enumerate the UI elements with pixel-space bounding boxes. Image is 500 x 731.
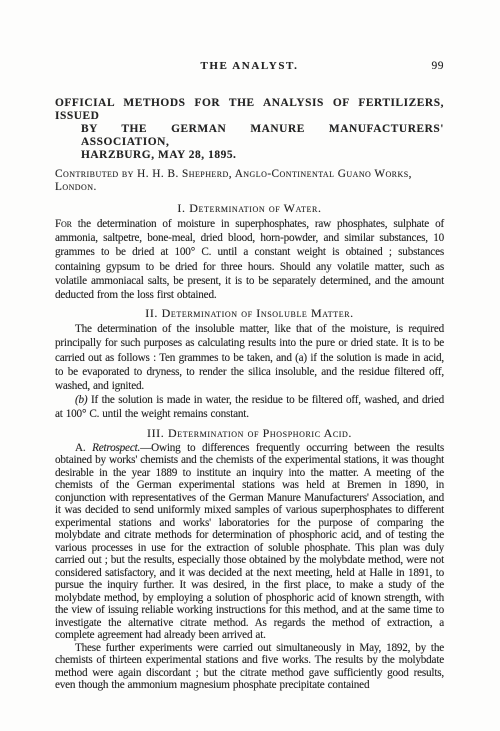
paragraph-text: the determination of moisture in superph… [55, 218, 444, 301]
article-title: OFFICIAL METHODS FOR THE ANALYSIS OF FER… [55, 97, 444, 162]
article-title-line-2: BY THE GERMAN MANURE MANUFACTURERS' ASSO… [55, 123, 444, 149]
section-1-heading: I. Determination of Water. [55, 202, 444, 215]
page-header: THE ANALYST. 99 [55, 60, 444, 73]
section-1-paragraph: For the determination of moisture in sup… [55, 217, 444, 302]
section-3-heading: III. Determination of Phosphoric Acid. [55, 427, 444, 440]
page-number: 99 [299, 60, 444, 73]
article-title-line-1: OFFICIAL METHODS FOR THE ANALYSIS OF FER… [55, 97, 444, 123]
journal-page: THE ANALYST. 99 OFFICIAL METHODS FOR THE… [0, 0, 500, 731]
item-label: (b) [75, 394, 87, 406]
paragraph-text: —Owing to differences frequently occurri… [55, 442, 444, 642]
section-3-paragraph-b: These further experiments were carried o… [55, 642, 444, 692]
paragraph-text: If the solution is made in water, the re… [55, 394, 444, 420]
article-title-line-3: HARZBURG, MAY 28, 1895. [55, 149, 444, 162]
item-label: A. [75, 442, 92, 454]
retrospect-label: Retrospect. [92, 442, 140, 454]
section-3-paragraph-a: A. Retrospect.—Owing to differences freq… [55, 442, 444, 642]
journal-title: THE ANALYST. [200, 60, 298, 73]
section-2-heading: II. Determination of Insoluble Matter. [55, 307, 444, 320]
section-2-paragraph-a: The determination of the insoluble matte… [55, 322, 444, 393]
lead-word: For [55, 218, 72, 230]
contributor-byline: Contributed by H. H. B. Shepherd, Anglo-… [55, 168, 444, 194]
section-2-paragraph-b: (b) If the solution is made in water, th… [55, 393, 444, 421]
